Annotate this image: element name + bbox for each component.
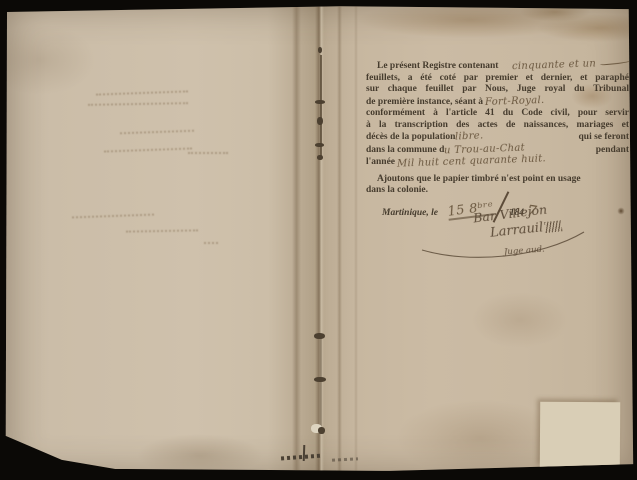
printed-text: pendant xyxy=(596,145,629,157)
text-line: à la transcription des actes de naissanc… xyxy=(366,120,629,132)
text-line: l'année Mil huit cent quarante huit. xyxy=(366,156,629,169)
register-spread: Le présent Registre contenant cinquante … xyxy=(0,0,637,480)
printed-text: qui se feront xyxy=(579,132,630,144)
bleedthrough-mark xyxy=(188,152,228,154)
text-line: Ajoutons que le papier timbré n'est poin… xyxy=(366,174,629,186)
printed-text: Ajoutons que le papier timbré n'est poin… xyxy=(377,174,581,184)
text-line: dans la colonie. xyxy=(366,185,629,197)
stitch-knot xyxy=(315,100,325,104)
signature-block: Bar Villejon Larrauil Juge aud. xyxy=(418,204,618,266)
bleedthrough-mark xyxy=(126,229,198,232)
stitch-knot xyxy=(318,427,325,434)
handwritten-entry: libre. xyxy=(455,131,484,143)
printed-text: feuillets, a été coté par premier et der… xyxy=(366,73,629,83)
printed-text: l'année xyxy=(366,157,397,167)
gutter-crease xyxy=(354,0,358,480)
stitch-knot xyxy=(314,377,326,382)
printed-text: dans la colonie. xyxy=(366,185,428,195)
printed-text: conformément à l'article 41 du Code civi… xyxy=(366,108,629,118)
stitch-knot xyxy=(317,117,323,125)
printed-text: à la transcription des actes de naissanc… xyxy=(366,120,629,130)
stitch-thread xyxy=(320,336,322,428)
text-line: conformément à l'article 41 du Code civi… xyxy=(366,108,629,120)
signature-flourish-hatch xyxy=(545,220,563,233)
bleedthrough-mark xyxy=(72,214,154,219)
printed-text: de première instance, séant à xyxy=(366,97,485,107)
scanned-register-photo: Le présent Registre contenant cinquante … xyxy=(0,0,637,480)
bleedthrough-mark xyxy=(204,242,218,244)
text-line: décès de la population libre.qui se fero… xyxy=(366,131,629,144)
stitch-knot xyxy=(314,333,325,339)
stitch-knot xyxy=(315,143,324,147)
handwritten-entry: Fort-Royal. xyxy=(485,94,545,108)
pen-flourish xyxy=(599,55,635,65)
handwritten-entry: Mil huit cent quarante huit. xyxy=(397,153,546,170)
text-line: Le présent Registre contenant cinquante … xyxy=(366,60,629,73)
stitch-knot xyxy=(317,155,323,160)
printed-text: sur chaque feuillet par Nous, Juge royal… xyxy=(366,84,629,94)
gutter-crease xyxy=(337,0,342,480)
printed-text: Le présent Registre contenant xyxy=(377,61,501,71)
bleedthrough-mark xyxy=(88,102,188,106)
register-attestation-text: Le présent Registre contenant cinquante … xyxy=(366,60,629,219)
bleedthrough-mark xyxy=(104,147,192,152)
text-line: de première instance, séant à Fort-Royal… xyxy=(366,96,629,109)
gutter-crease xyxy=(292,0,301,480)
printed-text: décès de la population xyxy=(366,132,455,144)
bleedthrough-mark xyxy=(120,130,194,135)
under-page-corner xyxy=(540,402,620,469)
handwritten-entry: cinquante et un xyxy=(501,58,596,73)
printed-text: dans la commune d xyxy=(366,145,444,157)
text-line: feuillets, a été coté par premier et der… xyxy=(366,73,629,85)
bleedthrough-mark xyxy=(96,90,188,95)
text-line: sur chaque feuillet par Nous, Juge royal… xyxy=(366,84,629,96)
stitch-knot xyxy=(318,47,322,53)
